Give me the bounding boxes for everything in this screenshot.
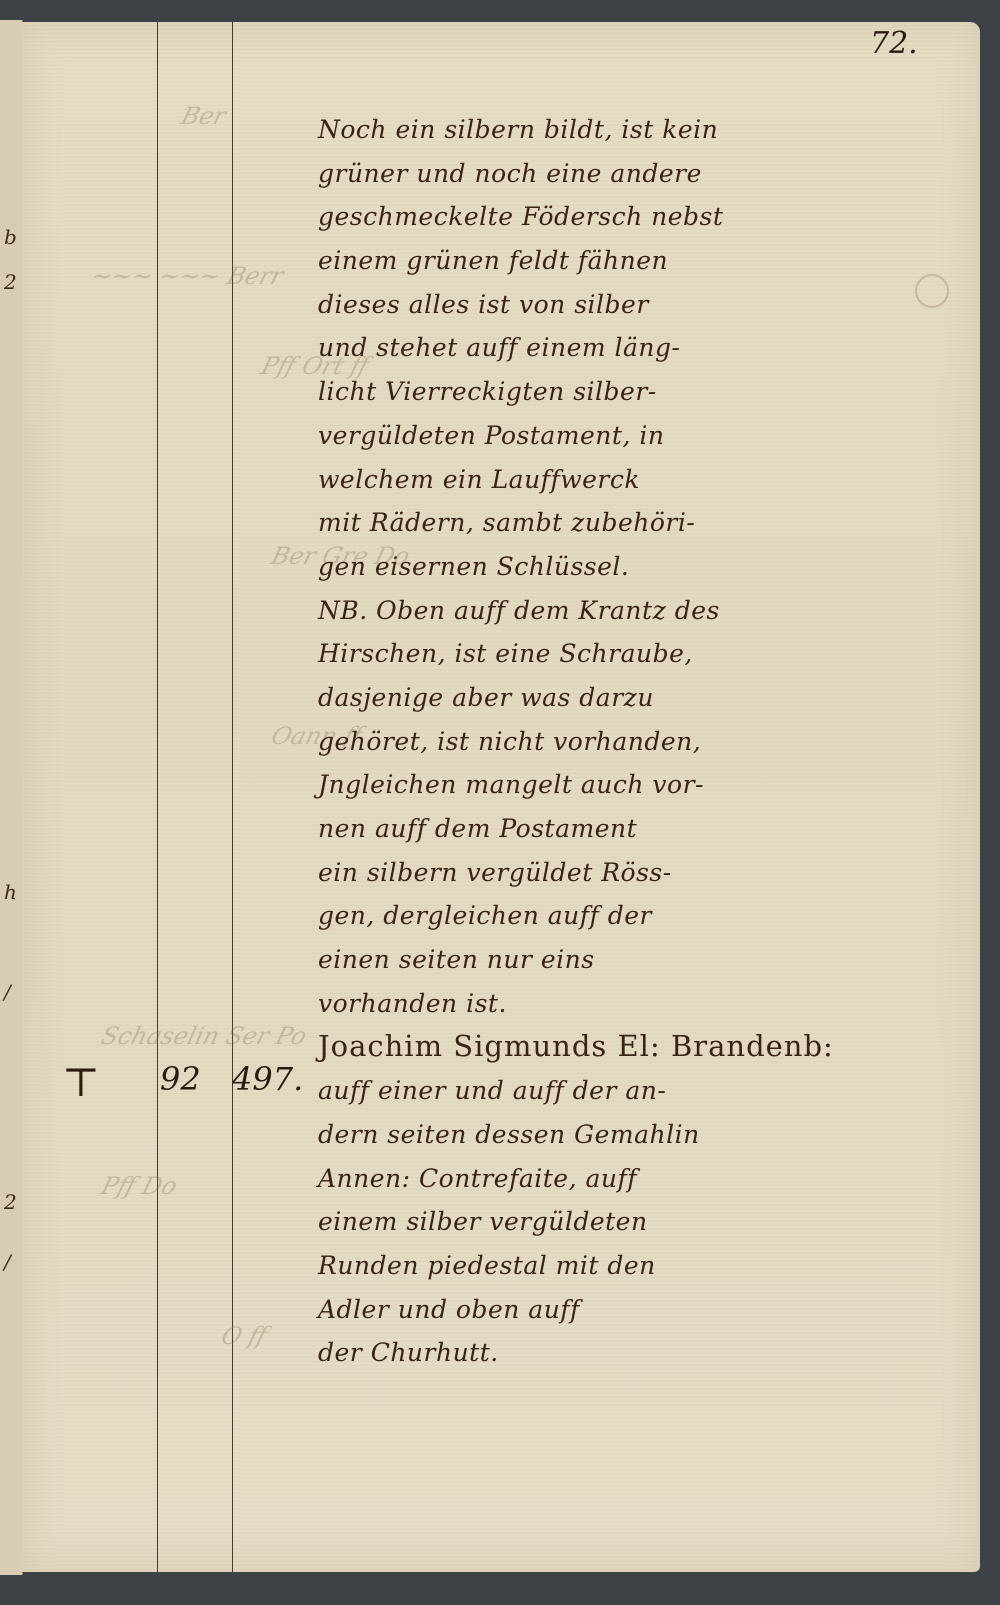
ink-bleed-through: ~~~ ~~~ Berr (88, 262, 286, 290)
ink-bleed-through: Pff Do (98, 1172, 180, 1200)
text-line: gen, dergleichen auff der (318, 894, 958, 938)
text-line: Hirschen, ist eine Schraube, (318, 632, 958, 676)
entry-continuation-text: Noch ein silbern bildt, ist kein grüner … (318, 108, 958, 1375)
text-line: gen eisernen Schlüssel. (318, 545, 958, 589)
ink-bleed-through: O ff (218, 1322, 270, 1350)
margin-mark: / (4, 1250, 11, 1274)
text-line: licht Vierreckigten silber- (318, 370, 958, 414)
text-line: einen seiten nur eins (318, 938, 958, 982)
text-line: dasjenige aber was darzu (318, 676, 958, 720)
text-line: mit Rädern, sambt zubehöri- (318, 501, 958, 545)
margin-mark: / (4, 980, 11, 1004)
text-line: grüner und noch eine andere (318, 152, 958, 196)
text-line: Annen: Contrefaite, auff (318, 1157, 958, 1201)
margin-mark: 2 (4, 270, 17, 294)
text-line: Noch ein silbern bildt, ist kein (318, 108, 958, 152)
column-rule-left (157, 22, 158, 1572)
silver-mark-symbol-icon: ⊤ (62, 1060, 100, 1106)
text-line: dieses alles ist von silber (318, 283, 958, 327)
text-line: nen auff dem Postament (318, 807, 958, 851)
text-line: einem silber vergüldeten (318, 1200, 958, 1244)
previous-page-margin-marks: b 2 h / 2 / (0, 20, 22, 1575)
text-line: der Churhutt. (318, 1331, 958, 1375)
text-line: welchem ein Lauffwerck (318, 458, 958, 502)
text-line: und stehet auff einem läng- (318, 326, 958, 370)
ink-bleed-through: Ber (178, 102, 229, 130)
text-line: gehöret, ist nicht vorhanden, (318, 720, 958, 764)
entry-item-number: 497. (232, 1060, 303, 1098)
entry-weight-number: 92 (160, 1060, 201, 1098)
text-line: Adler und oben auff (318, 1288, 958, 1332)
text-line: vergüldeten Postament, in (318, 414, 958, 458)
text-line: auff einer und auff der an- (318, 1069, 958, 1113)
entry-heading-line: Joachim Sigmunds El: Brandenb: (318, 1025, 958, 1069)
margin-mark: b (4, 225, 17, 249)
previous-page-edge: b 2 h / 2 / (0, 20, 23, 1575)
folio-number: 72. (870, 26, 918, 61)
text-line: dern seiten dessen Gemahlin (318, 1113, 958, 1157)
text-line: geschmeckelte Födersch nebst (318, 195, 958, 239)
text-line: Runden piedestal mit den (318, 1244, 958, 1288)
margin-mark: 2 (4, 1190, 17, 1214)
margin-mark: h (4, 880, 17, 904)
ink-bleed-through: Schaselin Ser Po (98, 1022, 309, 1050)
text-line: einem grünen feldt fähnen (318, 239, 958, 283)
text-line: NB. Oben auff dem Krantz des (318, 589, 958, 633)
text-line: Jngleichen mangelt auch vor- (318, 763, 958, 807)
text-line: vorhanden ist. (318, 982, 958, 1026)
text-line: ein silbern vergüldet Röss- (318, 851, 958, 895)
